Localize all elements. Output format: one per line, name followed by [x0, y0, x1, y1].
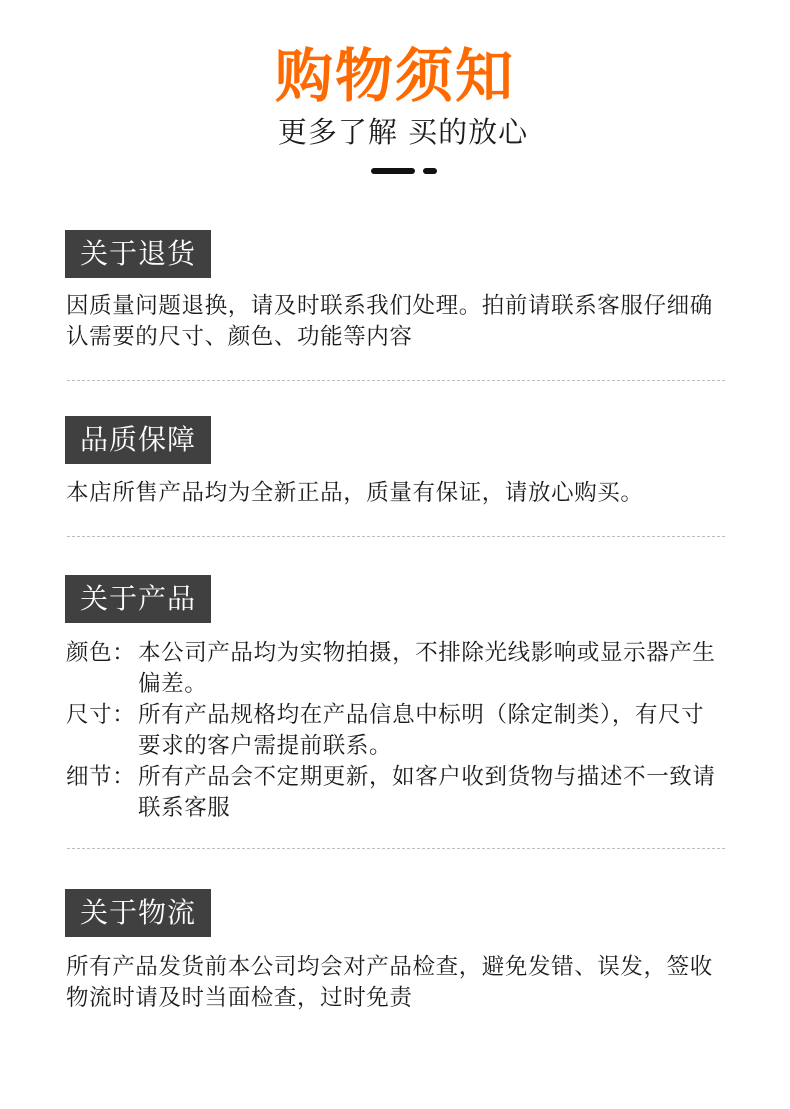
item-text: 所有产品会不定期更新，如客户收到货物与描述不一致请联系客服: [138, 762, 721, 824]
section-text-returns: 因质量问题退换，请及时联系我们处理。拍前请联系客服仔细确认需要的尺寸、颜色、功能…: [66, 291, 726, 353]
section-tag-product: 关于产品: [65, 575, 211, 623]
divider: [67, 848, 725, 849]
section-list-product: 颜色： 本公司产品均为实物拍摄，不排除光线影响或显示器产生偏差。 尺寸： 所有产…: [66, 638, 721, 824]
section-text-quality: 本店所售产品均为全新正品，质量有保证，请放心购买。: [66, 478, 726, 509]
divider: [67, 380, 725, 381]
section-tag-quality: 品质保障: [65, 416, 211, 464]
decorative-bar-short: [423, 168, 437, 174]
page-title: 购物须知: [0, 40, 790, 112]
item-text: 本公司产品均为实物拍摄，不排除光线影响或显示器产生偏差。: [138, 638, 721, 700]
decorative-bar-long: [371, 168, 415, 174]
item-label: 细节：: [66, 762, 138, 824]
product-item-color: 颜色： 本公司产品均为实物拍摄，不排除光线影响或显示器产生偏差。: [66, 638, 721, 700]
product-item-detail: 细节： 所有产品会不定期更新，如客户收到货物与描述不一致请联系客服: [66, 762, 721, 824]
item-label: 尺寸：: [66, 700, 138, 762]
section-text-logistics: 所有产品发货前本公司均会对产品检查，避免发错、误发，签收物流时请及时当面检查，过…: [66, 952, 726, 1014]
section-tag-returns: 关于退货: [65, 230, 211, 278]
page-subtitle: 更多了解 买的放心: [0, 112, 790, 152]
item-text: 所有产品规格均在产品信息中标明（除定制类），有尺寸要求的客户需提前联系。: [138, 700, 721, 762]
product-item-size: 尺寸： 所有产品规格均在产品信息中标明（除定制类），有尺寸要求的客户需提前联系。: [66, 700, 721, 762]
divider: [67, 536, 725, 537]
section-tag-logistics: 关于物流: [65, 889, 211, 937]
item-label: 颜色：: [66, 638, 138, 700]
